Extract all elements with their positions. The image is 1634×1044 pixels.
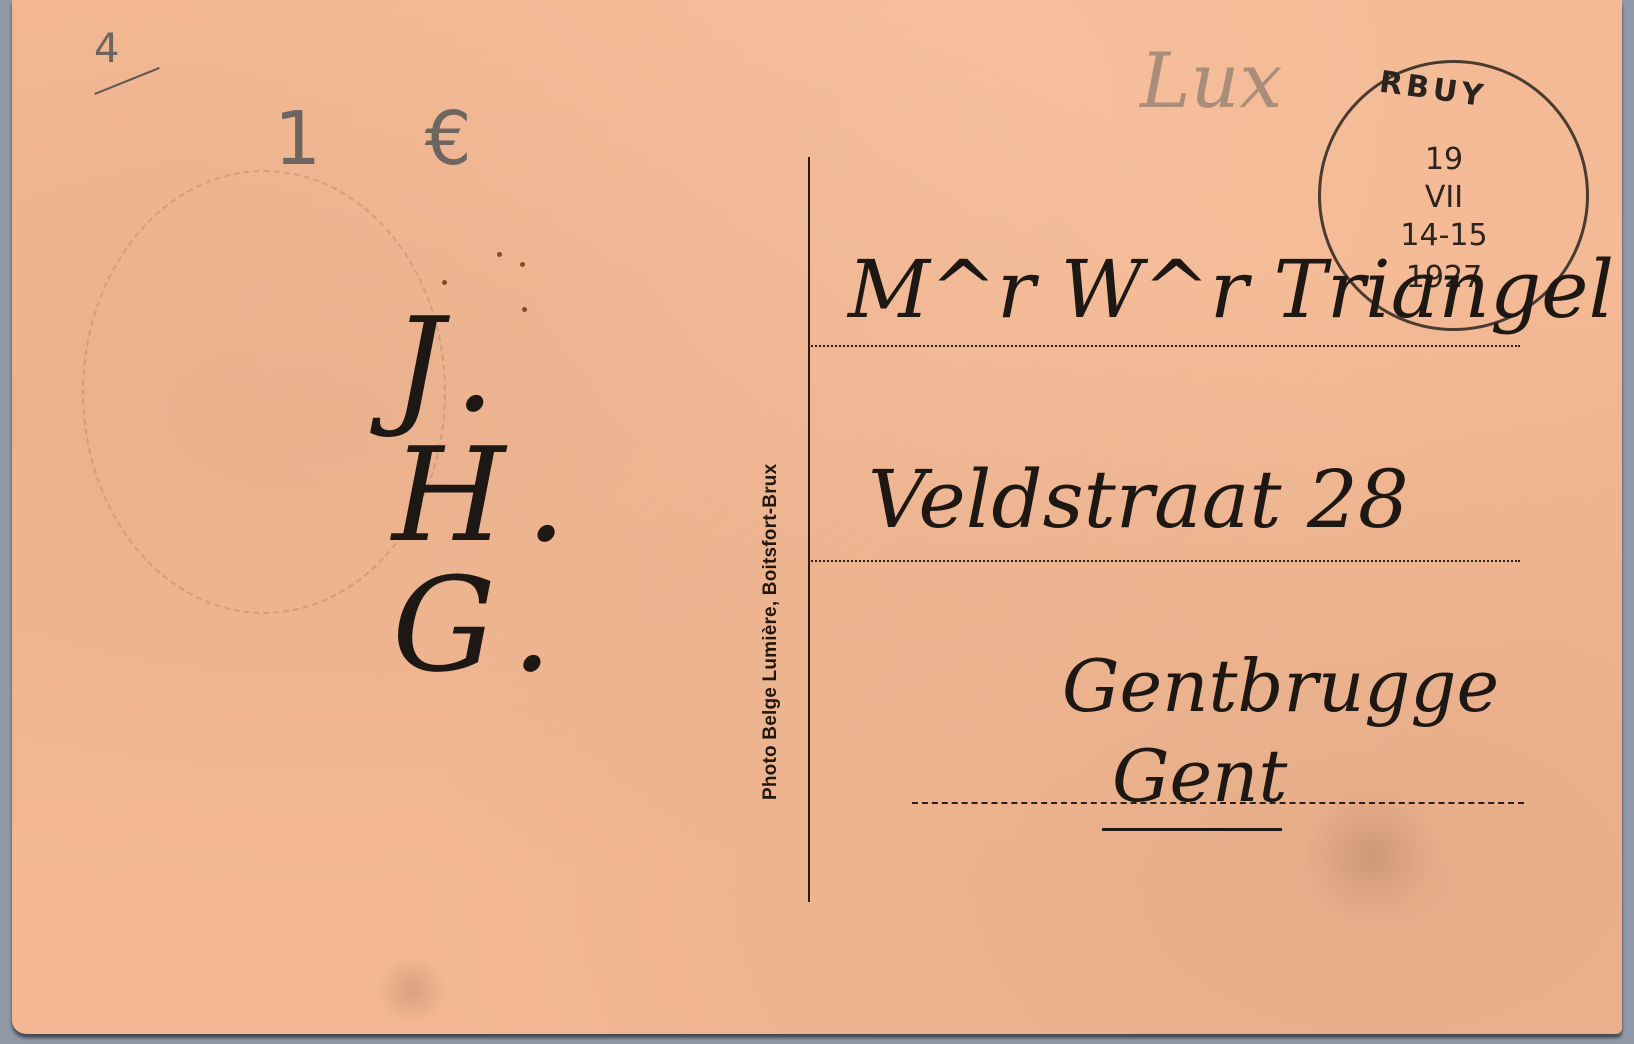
ink-dot [442, 280, 447, 285]
postcard: 4 1 € Lux J. H. G. Photo Belge Lumière, … [12, 0, 1622, 1034]
address-dashed-line-3 [912, 802, 1524, 804]
address-dotted-line-1 [808, 345, 1520, 347]
publisher-imprint: Photo Belge Lumière, Boitsfort-Brux [760, 464, 782, 800]
address-street: Veldstraat 28 [868, 460, 1409, 540]
postmark-month: VII [1364, 180, 1524, 215]
address-recipient: M^r W^r Triangel [848, 250, 1614, 330]
pencil-country-note: Lux [1140, 36, 1282, 125]
address-district: Gentbrugge [1062, 650, 1499, 722]
ink-dot [497, 252, 502, 257]
postmark-day: 19 [1364, 142, 1524, 177]
center-divider-line [808, 157, 810, 902]
stain-mark [372, 960, 452, 1020]
pencil-corner-number: 4 [94, 26, 119, 72]
pencil-price: 1 € [274, 96, 512, 182]
city-underline [1102, 828, 1282, 831]
signature-initials: J. H. G. [392, 300, 692, 690]
address-dotted-line-2 [808, 560, 1520, 562]
ink-dot [520, 262, 525, 267]
stain-mark [1302, 790, 1442, 920]
